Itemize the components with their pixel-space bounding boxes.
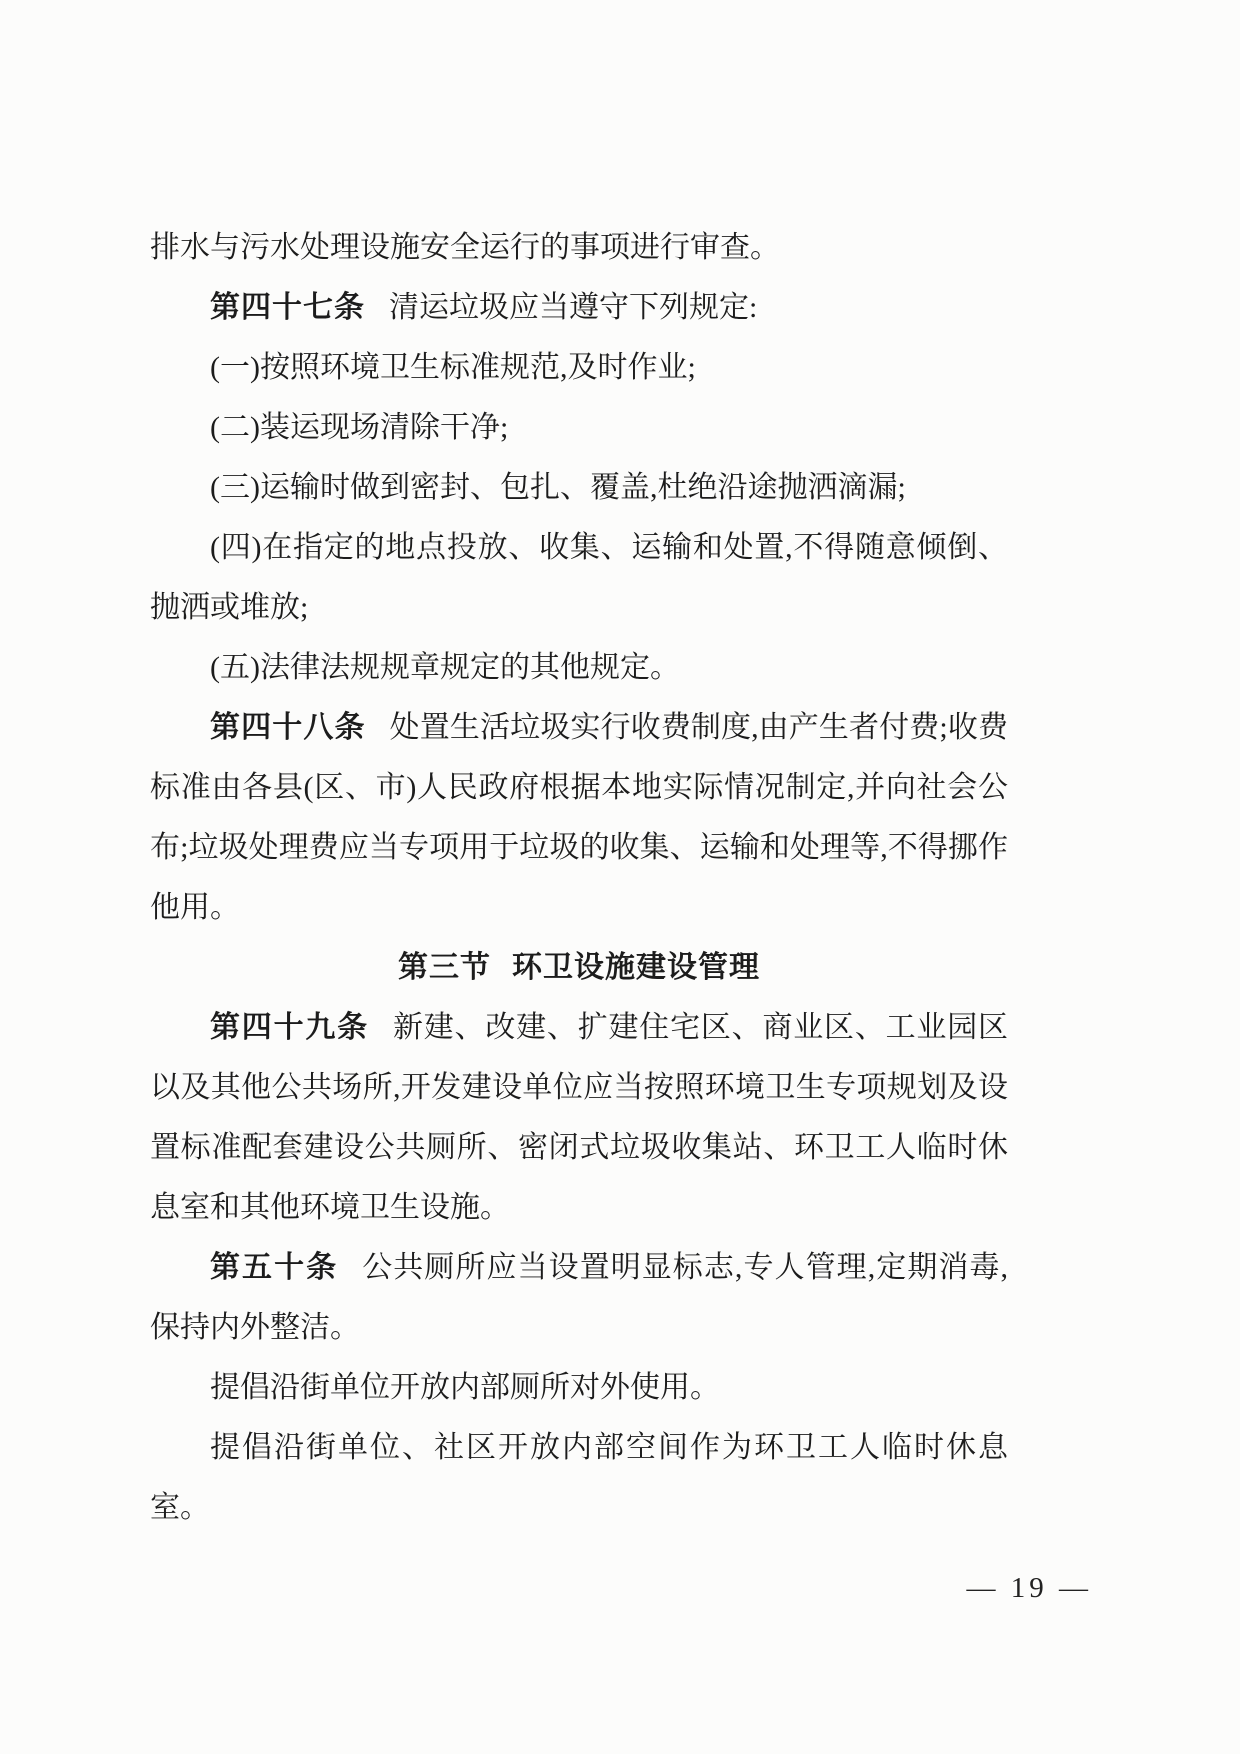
article-number: 第四十八条 — [210, 711, 366, 744]
paragraph: (三)运输时做到密封、包扎、覆盖,杜绝沿途抛洒滴漏; — [150, 458, 1008, 518]
paragraph: (四)在指定的地点投放、收集、运输和处置,不得随意倾倒、抛洒或堆放; — [150, 518, 1008, 638]
document-page: 排水与污水处理设施安全运行的事项进行审查。第四十七条清运垃圾应当遵守下列规定:(… — [0, 0, 1240, 1754]
paragraph-text: (一)按照环境卫生标准规范,及时作业; — [210, 351, 696, 384]
paragraph: 第四十九条新建、改建、扩建住宅区、商业区、工业园区以及其他公共场所,开发建设单位… — [150, 998, 1008, 1238]
paragraph: (二)装运现场清除干净; — [150, 398, 1008, 458]
page-number: — 19 — — [967, 1568, 1093, 1608]
paragraph-text: (五)法律法规规章规定的其他规定。 — [210, 651, 680, 684]
paragraph-text: 提倡沿街单位开放内部厕所对外使用。 — [210, 1371, 720, 1404]
paragraph: (五)法律法规规章规定的其他规定。 — [150, 638, 1008, 698]
paragraph-text: 清运垃圾应当遵守下列规定: — [389, 291, 757, 324]
paragraph: 第四十七条清运垃圾应当遵守下列规定: — [150, 278, 1008, 338]
paragraph: 提倡沿街单位开放内部厕所对外使用。 — [150, 1358, 1008, 1418]
paragraph: 提倡沿街单位、社区开放内部空间作为环卫工人临时休息室。 — [150, 1418, 1008, 1538]
document-content: 排水与污水处理设施安全运行的事项进行审查。第四十七条清运垃圾应当遵守下列规定:(… — [150, 218, 1008, 1538]
article-number: 第四十七条 — [210, 291, 365, 324]
paragraph-text: 提倡沿街单位、社区开放内部空间作为环卫工人临时休息室。 — [150, 1431, 1008, 1524]
paragraph: 第五十条公共厕所应当设置明显标志,专人管理,定期消毒,保持内外整洁。 — [150, 1238, 1008, 1358]
paragraph-text: (二)装运现场清除干净; — [210, 411, 508, 444]
paragraph: (一)按照环境卫生标准规范,及时作业; — [150, 338, 1008, 398]
paragraph-text: 排水与污水处理设施安全运行的事项进行审查。 — [150, 231, 780, 264]
paragraph: 第四十八条处置生活垃圾实行收费制度,由产生者付费;收费标准由各县(区、市)人民政… — [150, 698, 1008, 938]
paragraph: 排水与污水处理设施安全运行的事项进行审查。 — [150, 218, 1008, 278]
paragraph-text: (三)运输时做到密封、包扎、覆盖,杜绝沿途抛洒滴漏; — [210, 471, 906, 504]
paragraph-text: (四)在指定的地点投放、收集、运输和处置,不得随意倾倒、抛洒或堆放; — [150, 531, 1008, 624]
section-title: 第三节环卫设施建设管理 — [150, 938, 1008, 998]
section-number: 第三节 — [398, 951, 491, 984]
article-number: 第四十九条 — [210, 1011, 369, 1044]
paragraph-text: 环卫设施建设管理 — [512, 951, 760, 984]
article-number: 第五十条 — [210, 1251, 338, 1284]
